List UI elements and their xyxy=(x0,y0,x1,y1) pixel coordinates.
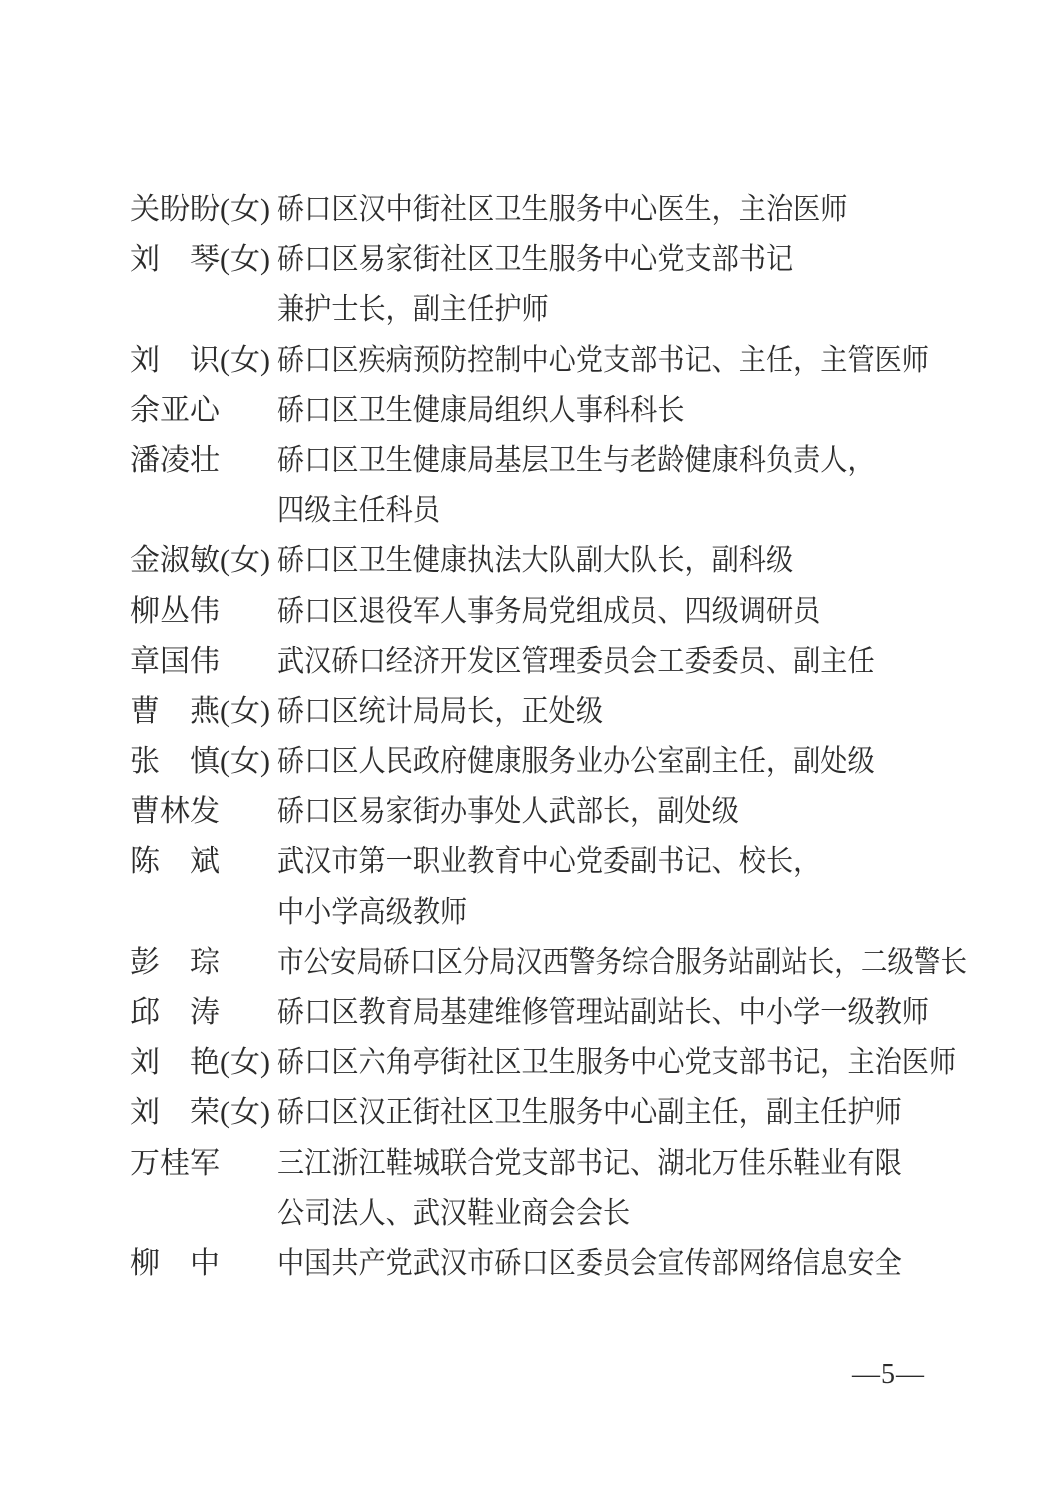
entry-position: 三江浙江鞋城联合党支部书记、湖北万佳乐鞋业有限公司法人、武汉鞋业商会会长 xyxy=(277,1139,1039,1239)
entry-position-line: 硚口区卫生健康局基层卫生与老龄健康科负责人， xyxy=(277,436,967,486)
entry-name: 邱 涛 xyxy=(130,988,220,1038)
page-number: —5— xyxy=(852,1355,925,1395)
roster-entry: 刘 琴(女)硚口区易家街社区卫生服务中心党支部书记兼护士长，副主任护师 xyxy=(130,235,1039,335)
entry-position-line: 硚口区易家街社区卫生服务中心党支部书记 xyxy=(277,235,967,285)
entry-position: 硚口区卫生健康执法大队副大队长，副科级 xyxy=(277,536,1039,586)
entry-position: 硚口区易家街办事处人武部长，副处级 xyxy=(277,787,1039,837)
entry-gender-marker: (女) xyxy=(220,1088,277,1138)
entry-position-line: 三江浙江鞋城联合党支部书记、湖北万佳乐鞋业有限 xyxy=(277,1139,967,1189)
entry-position: 硚口区疾病预防控制中心党支部书记、主任，主管医师 xyxy=(277,336,1039,386)
entry-gender-marker: (女) xyxy=(220,235,277,285)
entry-position: 中国共产党武汉市硚口区委员会宣传部网络信息安全 xyxy=(277,1239,1039,1289)
roster-entry: 柳 中中国共产党武汉市硚口区委员会宣传部网络信息安全 xyxy=(130,1239,1039,1289)
entry-position-line: 硚口区汉正街社区卫生服务中心副主任，副主任护师 xyxy=(277,1088,967,1138)
roster-entry: 余亚心硚口区卫生健康局组织人事科科长 xyxy=(130,386,1039,436)
entry-position: 硚口区汉中街社区卫生服务中心医生，主治医师 xyxy=(277,185,1039,235)
entry-name: 刘 荣 xyxy=(130,1088,220,1138)
entry-name: 刘 识 xyxy=(130,336,220,386)
entry-name: 张 慎 xyxy=(130,737,220,787)
entry-position-line: 硚口区汉中街社区卫生服务中心医生，主治医师 xyxy=(277,185,967,235)
roster-entry: 曹 燕(女)硚口区统计局局长，正处级 xyxy=(130,687,1039,737)
roster-entry: 刘 识(女)硚口区疾病预防控制中心党支部书记、主任，主管医师 xyxy=(130,336,1039,386)
entry-position: 硚口区汉正街社区卫生服务中心副主任，副主任护师 xyxy=(277,1088,1039,1138)
entry-gender-marker: (女) xyxy=(220,687,277,737)
entry-name: 柳 中 xyxy=(130,1239,220,1289)
entry-position: 硚口区人民政府健康服务业办公室副主任，副处级 xyxy=(277,737,1039,787)
entry-name: 刘 艳 xyxy=(130,1038,220,1088)
entry-name: 章国伟 xyxy=(130,637,220,687)
entry-gender-marker xyxy=(220,637,277,687)
entry-position: 硚口区卫生健康局基层卫生与老龄健康科负责人，四级主任科员 xyxy=(277,436,1039,536)
entry-position: 武汉市第一职业教育中心党委副书记、校长，中小学高级教师 xyxy=(277,837,1039,937)
entry-position: 武汉硚口经济开发区管理委员会工委委员、副主任 xyxy=(277,637,1039,687)
entry-position: 市公安局硚口区分局汉西警务综合服务站副站长，二级警长 xyxy=(277,938,1039,988)
entry-name: 金淑敏 xyxy=(130,536,220,586)
roster-entry: 刘 艳(女)硚口区六角亭街社区卫生服务中心党支部书记，主治医师 xyxy=(130,1038,1039,1088)
entry-gender-marker: (女) xyxy=(220,1038,277,1088)
entry-name: 曹林发 xyxy=(130,787,220,837)
entry-gender-marker xyxy=(220,386,277,436)
entry-position-line: 四级主任科员 xyxy=(277,486,967,536)
entry-position-line: 硚口区退役军人事务局党组成员、四级调研员 xyxy=(277,587,967,637)
roster-entry: 刘 荣(女)硚口区汉正街社区卫生服务中心副主任，副主任护师 xyxy=(130,1088,1039,1138)
roster-entry: 陈 斌武汉市第一职业教育中心党委副书记、校长，中小学高级教师 xyxy=(130,837,1039,937)
entry-position-line: 兼护士长，副主任护师 xyxy=(277,285,967,335)
roster-entry: 万桂军三江浙江鞋城联合党支部书记、湖北万佳乐鞋业有限公司法人、武汉鞋业商会会长 xyxy=(130,1139,1039,1239)
roster-entry: 柳丛伟硚口区退役军人事务局党组成员、四级调研员 xyxy=(130,587,1039,637)
entry-name: 关盼盼 xyxy=(130,185,220,235)
entry-position-line: 硚口区人民政府健康服务业办公室副主任，副处级 xyxy=(277,737,967,787)
entry-position: 硚口区统计局局长，正处级 xyxy=(277,687,1039,737)
entry-position-line: 硚口区统计局局长，正处级 xyxy=(277,687,967,737)
roster-entry: 关盼盼(女)硚口区汉中街社区卫生服务中心医生，主治医师 xyxy=(130,185,1039,235)
entry-position: 硚口区六角亭街社区卫生服务中心党支部书记，主治医师 xyxy=(277,1038,1039,1088)
entry-name: 柳丛伟 xyxy=(130,587,220,637)
entry-position-line: 公司法人、武汉鞋业商会会长 xyxy=(277,1189,967,1239)
entry-gender-marker xyxy=(220,837,277,887)
roster-entry: 彭 琮市公安局硚口区分局汉西警务综合服务站副站长，二级警长 xyxy=(130,938,1039,988)
entry-gender-marker: (女) xyxy=(220,185,277,235)
roster-entry: 张 慎(女)硚口区人民政府健康服务业办公室副主任，副处级 xyxy=(130,737,1039,787)
entry-name: 万桂军 xyxy=(130,1139,220,1189)
entry-name: 陈 斌 xyxy=(130,837,220,887)
entry-name: 余亚心 xyxy=(130,386,220,436)
entry-position-line: 硚口区疾病预防控制中心党支部书记、主任，主管医师 xyxy=(277,336,967,386)
entry-position-line: 市公安局硚口区分局汉西警务综合服务站副站长，二级警长 xyxy=(277,938,951,988)
entry-position-line: 硚口区六角亭街社区卫生服务中心党支部书记，主治医师 xyxy=(277,1038,967,1088)
entry-gender-marker xyxy=(220,787,277,837)
entry-position-line: 中国共产党武汉市硚口区委员会宣传部网络信息安全 xyxy=(277,1239,967,1289)
entry-position: 硚口区卫生健康局组织人事科科长 xyxy=(277,386,1039,436)
entry-position-line: 武汉硚口经济开发区管理委员会工委委员、副主任 xyxy=(277,637,967,687)
entry-gender-marker: (女) xyxy=(220,536,277,586)
entry-position: 硚口区易家街社区卫生服务中心党支部书记兼护士长，副主任护师 xyxy=(277,235,1039,335)
entry-name: 曹 燕 xyxy=(130,687,220,737)
entry-name: 潘凌壮 xyxy=(130,436,220,486)
entry-name: 彭 琮 xyxy=(130,938,220,988)
entry-gender-marker xyxy=(220,587,277,637)
entry-position-line: 硚口区卫生健康局组织人事科科长 xyxy=(277,386,967,436)
document-page: 关盼盼(女)硚口区汉中街社区卫生服务中心医生，主治医师刘 琴(女)硚口区易家街社… xyxy=(0,0,1039,1487)
entry-position: 硚口区教育局基建维修管理站副站长、中小学一级教师 xyxy=(277,988,1039,1038)
entry-gender-marker xyxy=(220,1239,277,1289)
roster-entry: 潘凌壮硚口区卫生健康局基层卫生与老龄健康科负责人，四级主任科员 xyxy=(130,436,1039,536)
roster-entry: 章国伟武汉硚口经济开发区管理委员会工委委员、副主任 xyxy=(130,637,1039,687)
entry-gender-marker xyxy=(220,436,277,486)
roster-entry: 金淑敏(女)硚口区卫生健康执法大队副大队长，副科级 xyxy=(130,536,1039,586)
entry-gender-marker xyxy=(220,988,277,1038)
roster-list: 关盼盼(女)硚口区汉中街社区卫生服务中心医生，主治医师刘 琴(女)硚口区易家街社… xyxy=(130,185,1039,1289)
entry-gender-marker xyxy=(220,1139,277,1189)
entry-name: 刘 琴 xyxy=(130,235,220,285)
roster-entry: 曹林发硚口区易家街办事处人武部长，副处级 xyxy=(130,787,1039,837)
entry-position-line: 硚口区卫生健康执法大队副大队长，副科级 xyxy=(277,536,967,586)
entry-position-line: 硚口区易家街办事处人武部长，副处级 xyxy=(277,787,967,837)
entry-position-line: 硚口区教育局基建维修管理站副站长、中小学一级教师 xyxy=(277,988,967,1038)
entry-gender-marker: (女) xyxy=(220,336,277,386)
entry-position-line: 中小学高级教师 xyxy=(277,888,967,938)
roster-entry: 邱 涛硚口区教育局基建维修管理站副站长、中小学一级教师 xyxy=(130,988,1039,1038)
entry-gender-marker xyxy=(220,938,277,988)
entry-position-line: 武汉市第一职业教育中心党委副书记、校长， xyxy=(277,837,967,887)
entry-gender-marker: (女) xyxy=(220,737,277,787)
entry-position: 硚口区退役军人事务局党组成员、四级调研员 xyxy=(277,587,1039,637)
